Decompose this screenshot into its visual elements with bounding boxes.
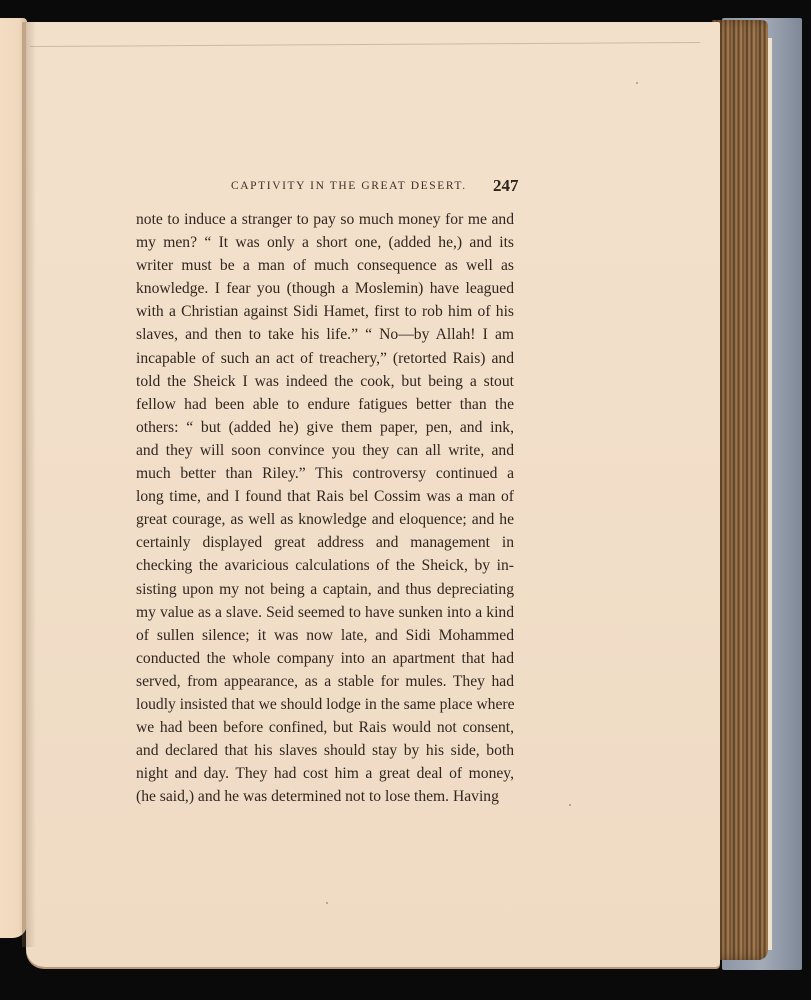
page-edges bbox=[712, 20, 768, 960]
text-line: others: “ but (added he) give them paper… bbox=[136, 416, 514, 439]
text-line: great courage, as well as knowledge and … bbox=[136, 508, 514, 531]
text-line: told the Sheick I was indeed the cook, b… bbox=[136, 370, 514, 393]
text-line: conducted the whole company into an apar… bbox=[136, 647, 514, 670]
page-crease bbox=[30, 42, 700, 47]
text-line: much better than Riley.” This controvers… bbox=[136, 462, 514, 485]
page-number: 247 bbox=[493, 176, 519, 196]
text-line: fellow had been able to endure fatigues … bbox=[136, 393, 514, 416]
text-line: served, from appearance, as a stable for… bbox=[136, 670, 514, 693]
text-line: and they will soon convince you they can… bbox=[136, 439, 514, 462]
text-line: knowledge. I fear you (though a Moslemin… bbox=[136, 277, 514, 300]
book-page: CAPTIVITY IN THE GREAT DESERT. 247 note … bbox=[26, 22, 720, 967]
text-line: writer must be a man of much consequence… bbox=[136, 254, 514, 277]
text-line: of sullen silence; it was now late, and … bbox=[136, 624, 514, 647]
text-line: checking the avaricious calculations of … bbox=[136, 554, 514, 577]
gutter-shadow bbox=[22, 22, 36, 947]
paper-speck bbox=[326, 902, 328, 904]
text-line: night and day. They had cost him a great… bbox=[136, 762, 514, 785]
text-line: my men? “ It was only a short one, (adde… bbox=[136, 231, 514, 254]
text-line: note to induce a stranger to pay so much… bbox=[136, 208, 514, 231]
text-line: loudly insisted that we should lodge in … bbox=[136, 693, 514, 716]
text-line: certainly displayed great address and ma… bbox=[136, 531, 514, 554]
paper-speck bbox=[636, 82, 638, 84]
running-head: CAPTIVITY IN THE GREAT DESERT. bbox=[231, 180, 467, 192]
text-line: slaves, and then to take his life.” “ No… bbox=[136, 323, 514, 346]
paper-speck bbox=[569, 804, 571, 806]
text-line: sisting upon my not being a captain, and… bbox=[136, 578, 514, 601]
text-line: incapable of such an act of treachery,” … bbox=[136, 347, 514, 370]
text-line: and declared that his slaves should stay… bbox=[136, 739, 514, 762]
text-line: with a Christian against Sidi Hamet, fir… bbox=[136, 300, 514, 323]
body-text: note to induce a stranger to pay so much… bbox=[136, 208, 514, 808]
text-line: we had been before confined, but Rais wo… bbox=[136, 716, 514, 739]
text-line: long time, and I found that Rais bel Cos… bbox=[136, 485, 514, 508]
text-line: my value as a slave. Seid seemed to have… bbox=[136, 601, 514, 624]
text-line: (he said,) and he was determined not to … bbox=[136, 785, 514, 808]
